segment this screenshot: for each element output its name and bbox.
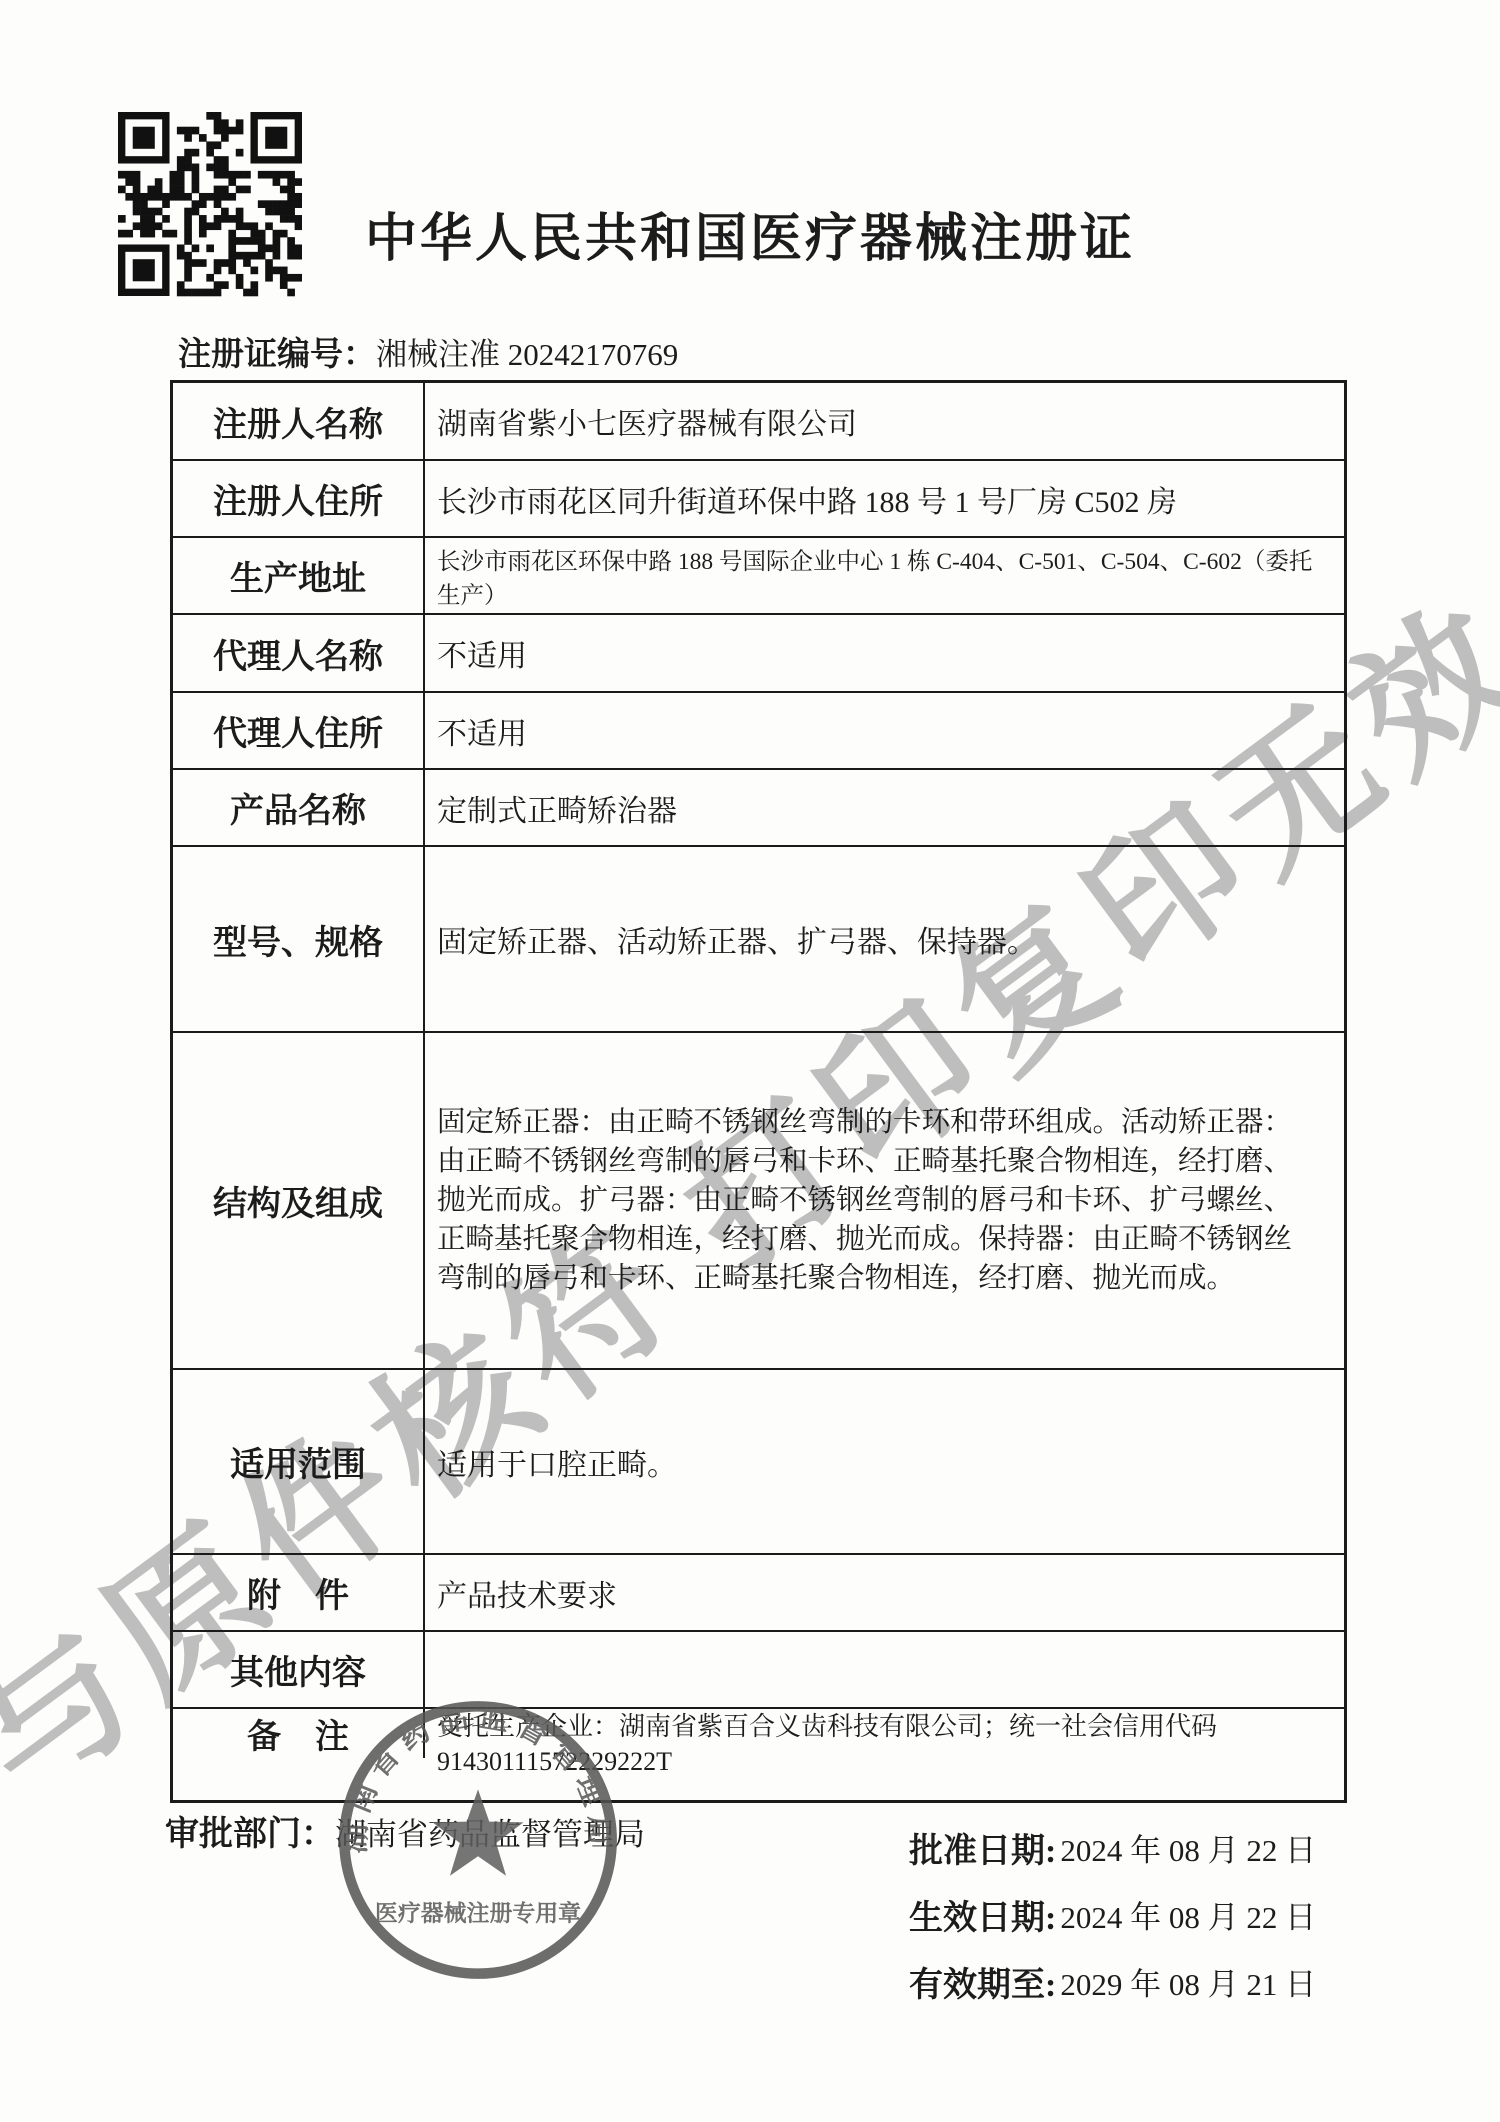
date-label: 生效日期: <box>909 1890 1056 1939</box>
registration-number-label: 注册证编号： <box>178 337 376 373</box>
dates-block: 批准日期:2024 年 08 月 22 日生效日期:2024 年 08 月 22… <box>909 1814 1316 2015</box>
row-label: 结构及组成 <box>173 1033 425 1368</box>
table-row: 注册人名称湖南省紫小七医疗器械有限公司 <box>173 383 1344 459</box>
date-value: 2029 年 08 月 21 日 <box>1060 1959 1316 2004</box>
certificate-page: 与原件核符 打印复印无效 中华人民共和国医疗器械注册证 注册证编号：湘械注准 2… <box>0 0 1500 2122</box>
row-label: 注册人名称 <box>173 383 425 459</box>
row-value: 长沙市雨花区环保中路 188 号国际企业中心 1 栋 C-404、C-501、C… <box>425 538 1344 613</box>
table-row: 生产地址长沙市雨花区环保中路 188 号国际企业中心 1 栋 C-404、C-5… <box>173 536 1344 613</box>
row-value: 适用于口腔正畸。 <box>425 1370 1344 1553</box>
registration-number-value: 湘械注准 20242170769 <box>376 337 678 372</box>
page-title: 中华人民共和国医疗器械注册证 <box>0 196 1500 271</box>
row-value: 长沙市雨花区同升街道环保中路 188 号 1 号厂房 C502 房 <box>425 461 1344 536</box>
row-label: 产品名称 <box>173 770 425 845</box>
row-label: 附 件 <box>173 1555 425 1630</box>
table-row: 适用范围适用于口腔正畸。 <box>173 1368 1344 1553</box>
table-row: 产品名称定制式正畸矫治器 <box>173 768 1344 845</box>
row-label: 注册人住所 <box>173 461 425 536</box>
table-row: 结构及组成固定矫正器：由正畸不锈钢丝弯制的卡环和带环组成。活动矫正器： 由正畸不… <box>173 1031 1344 1368</box>
row-label: 型号、规格 <box>173 847 425 1031</box>
row-value: 不适用 <box>425 693 1344 768</box>
date-row: 有效期至:2029 年 08 月 21 日 <box>909 1948 1316 2015</box>
row-label: 生产地址 <box>173 538 425 613</box>
table-row: 代理人住所不适用 <box>173 691 1344 768</box>
date-row: 批准日期:2024 年 08 月 22 日 <box>909 1814 1316 1881</box>
stamp-star <box>433 1789 524 1875</box>
cert-table: 注册人名称湖南省紫小七医疗器械有限公司注册人住所长沙市雨花区同升街道环保中路 1… <box>170 380 1347 1803</box>
registration-number: 注册证编号：湘械注准 20242170769 <box>178 328 678 375</box>
date-value: 2024 年 08 月 22 日 <box>1060 1825 1316 1870</box>
row-value: 不适用 <box>425 615 1344 691</box>
date-value: 2024 年 08 月 22 日 <box>1060 1892 1316 1937</box>
row-value: 固定矫正器、活动矫正器、扩弓器、保持器。 <box>425 847 1344 1031</box>
row-value: 产品技术要求 <box>425 1555 1344 1630</box>
approval-department-label: 审批部门： <box>165 1816 335 1853</box>
row-value: 定制式正畸矫治器 <box>425 770 1344 845</box>
row-label: 适用范围 <box>173 1370 425 1553</box>
date-label: 有效期至: <box>909 1957 1056 2006</box>
table-row: 型号、规格固定矫正器、活动矫正器、扩弓器、保持器。 <box>173 845 1344 1031</box>
table-row: 注册人住所长沙市雨花区同升街道环保中路 188 号 1 号厂房 C502 房 <box>173 459 1344 536</box>
row-value: 固定矫正器：由正畸不锈钢丝弯制的卡环和带环组成。活动矫正器： 由正畸不锈钢丝弯制… <box>425 1033 1344 1368</box>
date-label: 批准日期: <box>909 1823 1056 1872</box>
row-label: 代理人名称 <box>173 615 425 691</box>
official-stamp: 湖南省药品监督管理局 医疗器械注册专用章 <box>330 1692 626 1988</box>
row-value: 湖南省紫小七医疗器械有限公司 <box>425 383 1344 459</box>
stamp-bottom-text: 医疗器械注册专用章 <box>375 1900 581 1926</box>
row-label: 代理人住所 <box>173 693 425 768</box>
table-row: 代理人名称不适用 <box>173 613 1344 691</box>
table-row: 附 件产品技术要求 <box>173 1553 1344 1630</box>
date-row: 生效日期:2024 年 08 月 22 日 <box>909 1881 1316 1948</box>
